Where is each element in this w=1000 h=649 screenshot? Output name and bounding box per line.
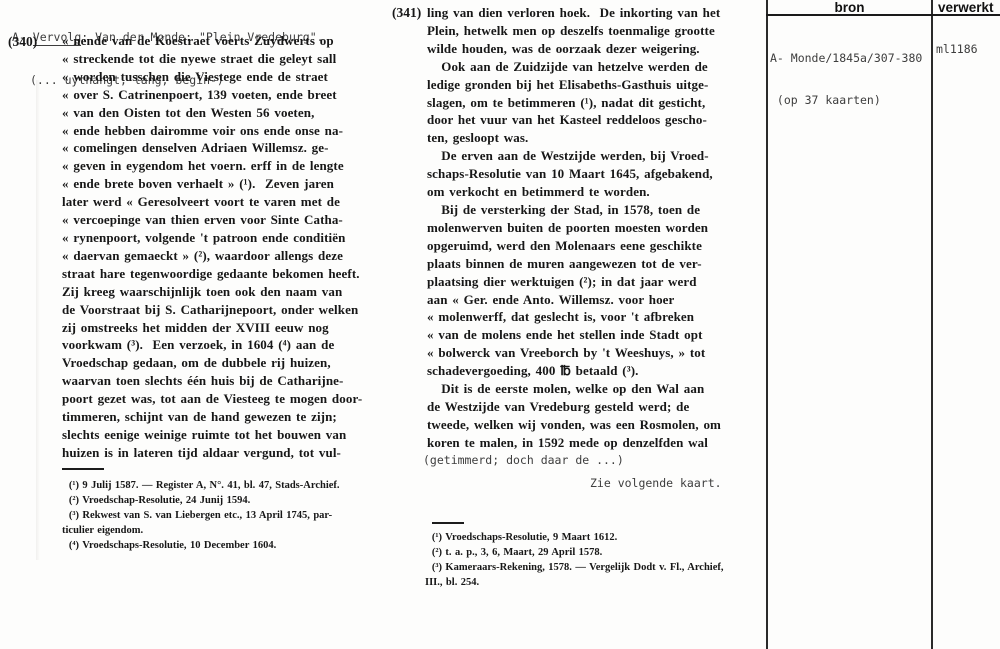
- text-line: Ook aan de Zuidzijde van hetzelve werden…: [427, 58, 737, 76]
- text-line: ten, gesloopt was.: [427, 129, 737, 147]
- sidebar-bron-line2: (op 37 kaarten): [770, 93, 922, 107]
- text-line: tweede, welken wij vonden, was een Rosmo…: [427, 416, 737, 434]
- scanned-document-page: A- Vervolg: Van der Monde: "Plein Vredeb…: [0, 0, 1000, 649]
- text-line: Plein, hetwelk men op deszelfs toenmalig…: [427, 22, 737, 40]
- text-line: de Voorstraat bij S. Catharijnepoort, on…: [62, 301, 354, 319]
- text-line: « ende hebben dairomme voir ons ende ons…: [62, 122, 354, 140]
- text-line: Bij de versterking der Stad, in 1578, to…: [427, 201, 737, 219]
- text-line: zij omstreeks het midden der XVIII eeuw …: [62, 319, 354, 337]
- text-line: « ende brete boven verhaelt » (¹). Zeven…: [62, 175, 354, 193]
- text-line: « molenwerff, dat geslecht is, voor 't a…: [427, 308, 737, 326]
- left-text-column: « nende van de Koestraet voerts Zuydwert…: [62, 32, 354, 462]
- text-line: ling van dien verloren hoek. De inkortin…: [427, 4, 737, 22]
- scan-crease: [36, 80, 40, 560]
- text-line: « vercoepinge van thien erven voor Sinte…: [62, 211, 354, 229]
- text-line: « bolwerck van Vreeborch by 't Weeshuys,…: [427, 344, 737, 362]
- text-line: opgeruimd, werd den Molenaars eene gesch…: [427, 237, 737, 255]
- middle-text-column: ling van dien verloren hoek. De inkortin…: [427, 4, 737, 452]
- text-line: « van de molens ende het stellen inde St…: [427, 326, 737, 344]
- sidebar-header-bron: bron: [768, 0, 931, 15]
- text-line: slechts eenige weinige ruimte tot het bo…: [62, 426, 354, 444]
- text-line: (¹) Vroedschaps-Resolutie, 9 Maart 1612.: [425, 530, 755, 545]
- text-line: straat hare tegenwoordige gedaante bekom…: [62, 265, 354, 283]
- text-line: (⁴) Vroedschaps-Resolutie, 10 December 1…: [62, 538, 362, 553]
- text-line: plaats binnen de muren aangewezen tot de…: [427, 255, 737, 273]
- sidebar-left-border: [766, 0, 768, 649]
- text-line: (³) Kameraars-Rekening, 1578. — Vergelij…: [425, 560, 755, 575]
- margin-number-341: (341): [392, 5, 421, 21]
- text-line: « geven in eygendom het voern. erff in d…: [62, 157, 354, 175]
- text-line: slagen, om te betimmeren (¹), nadat dit …: [427, 94, 737, 112]
- text-line: de Westzijde van Vredeburg gesteld werd;…: [427, 398, 737, 416]
- text-line: later werd « Geresolveert voort te varen…: [62, 193, 354, 211]
- text-line: « worden tusschen die Viestege ende de s…: [62, 68, 354, 86]
- text-line: (²) Vroedschap-Resolutie, 24 Junij 1594.: [62, 493, 362, 508]
- text-line: huizen is in lateren tijd aldaar vergund…: [62, 444, 354, 462]
- text-line: « comelingen denselven Adriaen Willemsz.…: [62, 139, 354, 157]
- typed-inline-note: (getimmerd; doch daar de ...): [423, 453, 624, 467]
- text-line: ledige gronden bij het Elisabeths-Gasthu…: [427, 76, 737, 94]
- text-line: plaatsing dier werktuigen (²); in dat ja…: [427, 273, 737, 291]
- text-line: Dit is de eerste molen, welke op den Wal…: [427, 380, 737, 398]
- text-line: waarvan toen slechts één huis bij de Cat…: [62, 372, 354, 390]
- text-line: wilde houden, was de oorzaak dezer weige…: [427, 40, 737, 58]
- text-line: schaps-Resolutie van 10 Maart 1645, afge…: [427, 165, 737, 183]
- text-line: « streckende tot die nyewe straet die ge…: [62, 50, 354, 68]
- text-line: (²) t. a. p., 3, 6, Maart, 29 April 1578…: [425, 545, 755, 560]
- margin-number-340: (340): [8, 34, 37, 50]
- text-line: « van den Oisten tot den Westen 56 voete…: [62, 104, 354, 122]
- middle-footnote-rule: [432, 522, 464, 524]
- text-line: III., bl. 254.: [425, 575, 755, 590]
- text-line: koren te malen, in 1592 mede op denzelfd…: [427, 434, 737, 452]
- text-line: timmeren, schijnt van de hand gewezen te…: [62, 408, 354, 426]
- text-line: om verkocht en betimmerd te worden.: [427, 183, 737, 201]
- text-line: De erven aan de Westzijde werden, bij Vr…: [427, 147, 737, 165]
- left-footnote-rule: [62, 468, 104, 470]
- sidebar-header-verwerkt: verwerkt: [938, 0, 994, 15]
- sidebar-bron-value: A- Monde/1845a/307-380 (op 37 kaarten): [770, 23, 922, 135]
- text-line: Vroedschap gedaan, om de dubbele rij hui…: [62, 354, 354, 372]
- middle-footnotes: (¹) Vroedschaps-Resolutie, 9 Maart 1612.…: [425, 530, 755, 590]
- text-line: « rynenpoort, volgende 't patroon ende c…: [62, 229, 354, 247]
- text-line: « over S. Catrinenpoert, 139 voeten, end…: [62, 86, 354, 104]
- text-line: voorkwam (³). Een verzoek, in 1604 (⁴) a…: [62, 336, 354, 354]
- sidebar-bron-line1: A- Monde/1845a/307-380: [770, 51, 922, 65]
- text-line: door het vuur van het Kasteel reddeloos …: [427, 111, 737, 129]
- sidebar-verwerkt-value: ml1186: [936, 42, 978, 56]
- left-footnotes: (¹) 9 Julij 1587. — Register A, N°. 41, …: [62, 478, 362, 553]
- text-line: (¹) 9 Julij 1587. — Register A, N°. 41, …: [62, 478, 362, 493]
- text-line: « daervan gemaeckt » (²), waardoor allen…: [62, 247, 354, 265]
- text-line: (³) Rekwest van S. van Liebergen etc., 1…: [62, 508, 362, 523]
- text-line: aan « Ger. ende Anto. Willemsz. voor hoe…: [427, 291, 737, 309]
- text-line: molenwerven buiten de poorten moesten wo…: [427, 219, 737, 237]
- typed-closing-note: Zie volgende kaart.: [590, 476, 722, 490]
- text-line: ticulier eigendom.: [62, 523, 362, 538]
- text-line: Zij kreeg waarschijnlijk toen ook den na…: [62, 283, 354, 301]
- text-line: schadevergoeding, 400 ℔ betaald (³).: [427, 362, 737, 380]
- text-line: « nende van de Koestraet voerts Zuydwert…: [62, 32, 354, 50]
- sidebar-column-divider: [931, 0, 933, 649]
- text-line: poort gezet was, tot aan de Viesteeg te …: [62, 390, 354, 408]
